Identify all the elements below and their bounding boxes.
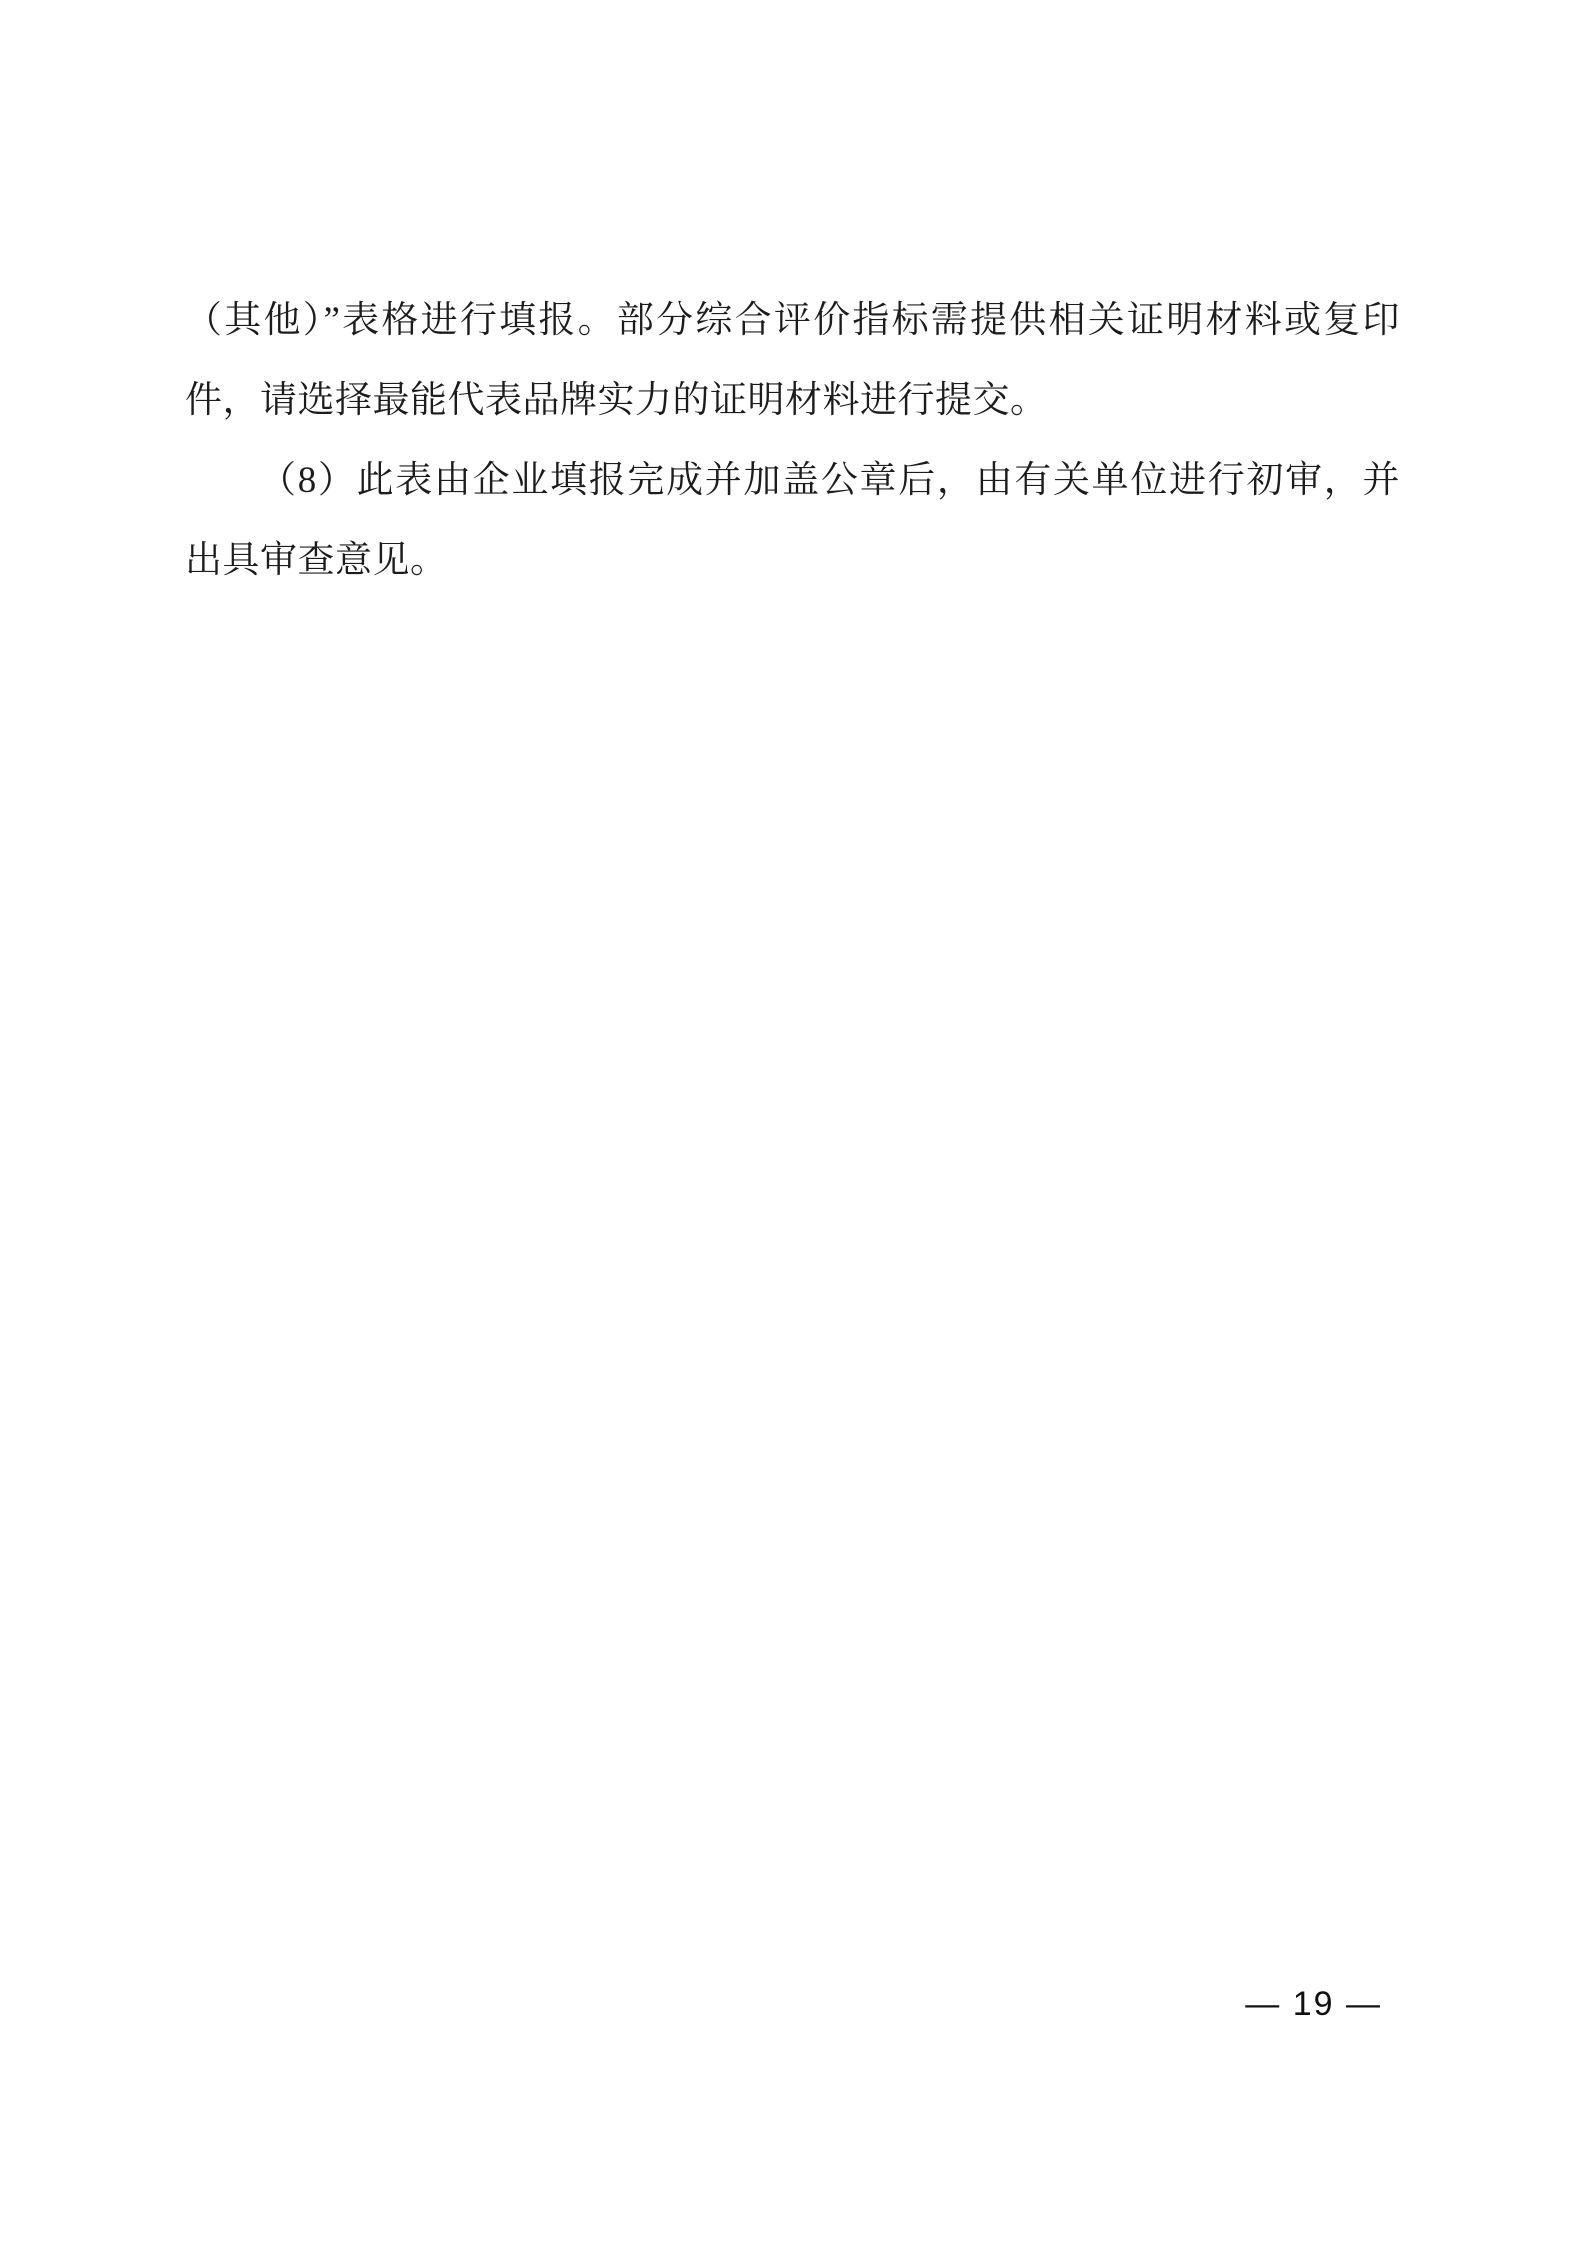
- document-body: （其他）”表格进行填报。部分综合评价指标需提供相关证明材料或复印 件，请选择最能…: [185, 281, 1400, 601]
- paragraph-item8-line-2: 出具审查意见。: [185, 521, 1400, 601]
- document-page: （其他）”表格进行填报。部分综合评价指标需提供相关证明材料或复印 件，请选择最能…: [0, 0, 1587, 2245]
- paragraph-continuation-line-2: 件，请选择最能代表品牌实力的证明材料进行提交。: [185, 361, 1400, 441]
- page-number: — 19 —: [1245, 1985, 1382, 2024]
- paragraph-item8-line-1: （8）此表由企业填报完成并加盖公章后，由有关单位进行初审，并: [185, 441, 1400, 521]
- paragraph-continuation-line-1: （其他）”表格进行填报。部分综合评价指标需提供相关证明材料或复印: [185, 281, 1400, 361]
